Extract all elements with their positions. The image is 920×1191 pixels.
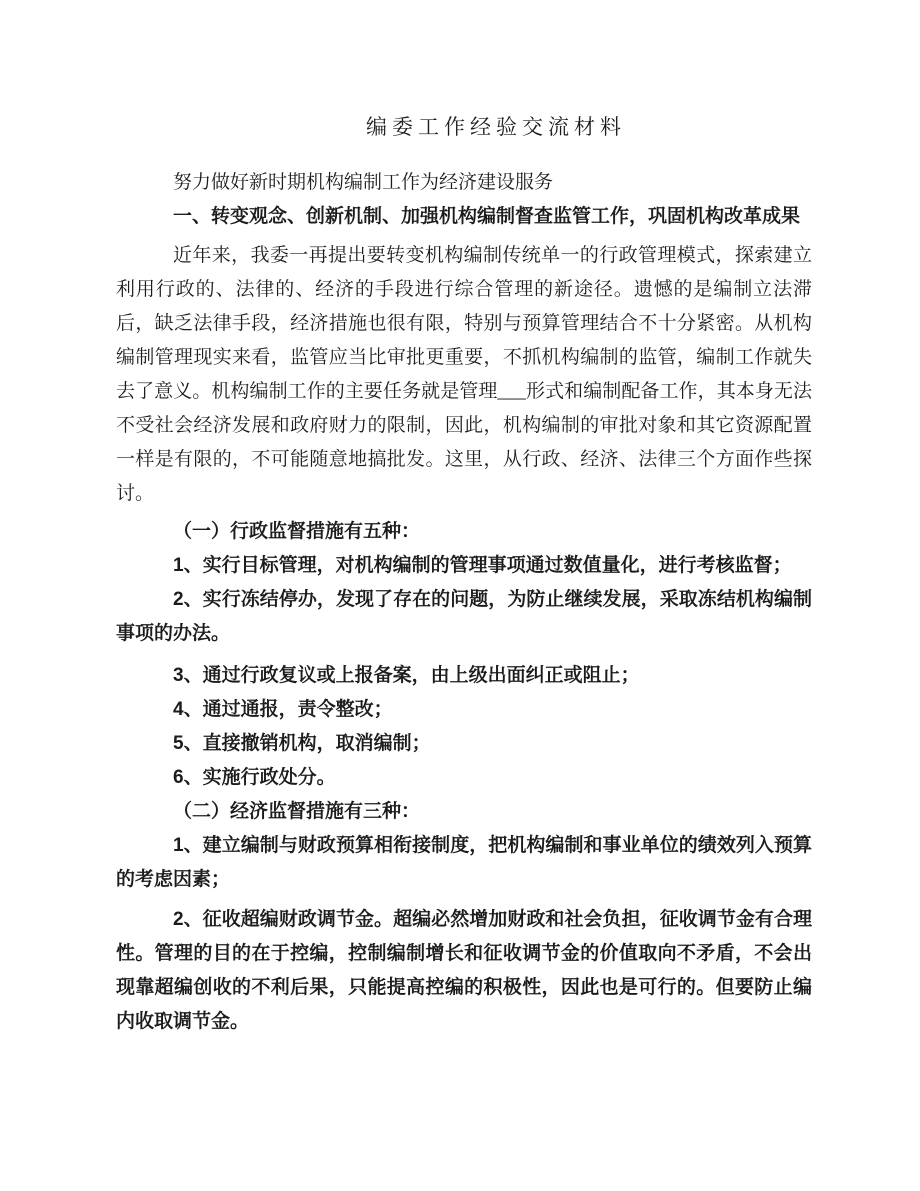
section-a-item-1: 1、实行目标管理，对机构编制的管理事项通过数值量化，进行考核监督； (116, 549, 812, 583)
document-page: 编委工作经验交流材料 努力做好新时期机构编制工作为经济建设服务 一、转变观念、创… (0, 0, 920, 1191)
section-a-item-4: 4、通过通报，责令整改； (116, 693, 812, 727)
section-b-title: （二）经济监督措施有三种： (116, 795, 812, 829)
section-heading: 一、转变观念、创新机制、加强机构编制督查监管工作，巩固机构改革成果 (116, 200, 812, 234)
section-a-item-5: 5、直接撤销机构，取消编制； (116, 727, 812, 761)
section-a-item-3: 3、通过行政复议或上报备案，由上级出面纠正或阻止； (116, 659, 812, 693)
lead-paragraph: 近年来，我委一再提出要转变机构编制传统单一的行政管理模式，探索建立利用行政的、法… (116, 239, 812, 511)
section-a-item-2: 2、实行冻结停办，发现了存在的问题，为防止继续发展，采取冻结机构编制事项的办法。 (116, 583, 812, 651)
section-a-item-6: 6、实施行政处分。 (116, 761, 812, 795)
document-subtitle: 努力做好新时期机构编制工作为经济建设服务 (116, 166, 812, 200)
section-b-item-1: 1、建立编制与财政预算相衔接制度，把机构编制和事业单位的绩效列入预算的考虑因素； (116, 829, 812, 897)
document-title: 编委工作经验交流材料 (116, 112, 812, 142)
section-b-item-2: 2、征收超编财政调节金。超编必然增加财政和社会负担，征收调节金有合理性。管理的目… (116, 903, 812, 1039)
section-a-title: （一）行政监督措施有五种： (116, 515, 812, 549)
